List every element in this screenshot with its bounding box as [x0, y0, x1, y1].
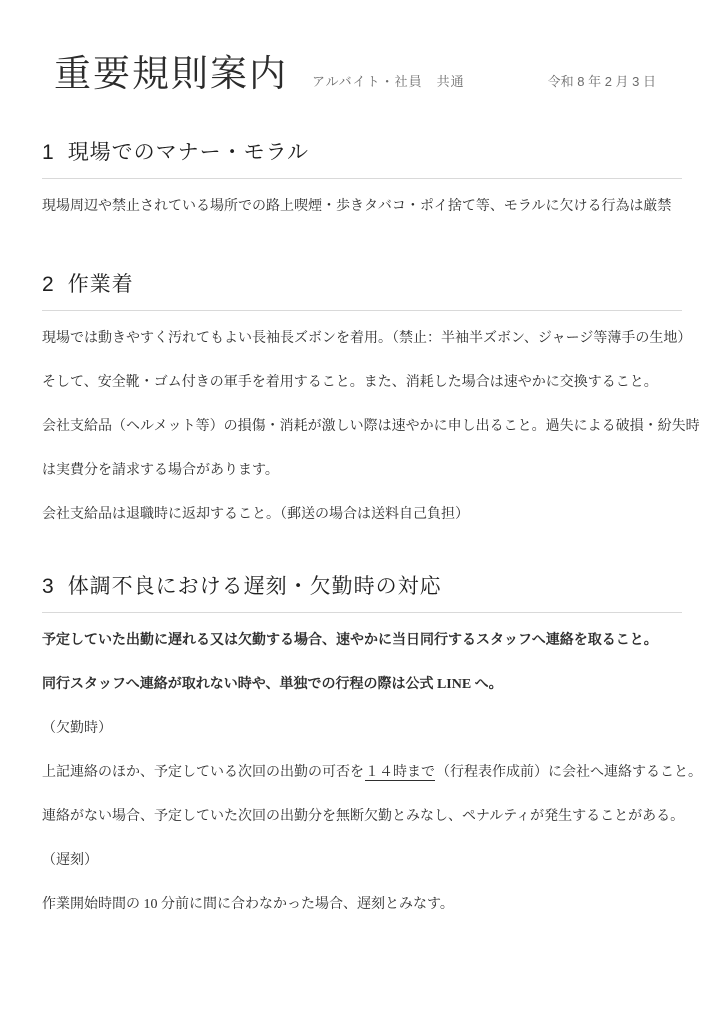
paragraph: そして、安全靴・ゴム付きの軍手を着用すること。また、消耗した場合は速やかに交換す… — [42, 372, 682, 393]
section-heading: 2作業着 — [42, 272, 682, 311]
section-work-clothes: 2作業着 現場では動きやすく汚れてもよい長袖長ズボンを着用。（禁止：半袖半ズボン… — [42, 272, 682, 525]
section-manners-morals: 1現場でのマナー・モラル 現場周辺や禁止されている場所での路上喫煙・歩きタバコ・… — [42, 140, 682, 217]
deadline-underlined-text: １４時まで — [364, 765, 436, 780]
paragraph-text: （行程表作成前）に会社へ連絡すること。 — [436, 765, 702, 780]
paragraph-absence-label: （欠勤時） — [42, 718, 682, 739]
section-title: 作業着 — [68, 273, 134, 296]
paragraph: 連絡がない場合、予定していた次回の出勤分を無断欠勤とみなし、ペナルティが発生する… — [42, 806, 682, 827]
section-number: 1 — [42, 141, 55, 164]
audience-label: アルバイト・社員 共通 — [312, 71, 465, 90]
section-number: 3 — [42, 575, 55, 598]
section-number: 2 — [42, 273, 55, 296]
paragraph: は実費分を請求する場合があります。 — [42, 460, 682, 481]
paragraph: 作業開始時間の 10 分前に間に合わなかった場合、遅刻とみなす。 — [42, 894, 682, 915]
document-date: 令和 8 年 2 月 3 日 — [548, 71, 656, 90]
paragraph: 現場では動きやすく汚れてもよい長袖長ズボンを着用。（禁止：半袖半ズボン、ジャージ… — [42, 328, 682, 349]
paragraph-emphasized: 予定していた出勤に遅れる又は欠勤する場合、速やかに当日同行するスタッフへ連絡を取… — [42, 630, 682, 651]
paragraph: 会社支給品（ヘルメット等）の損傷・消耗が激しい際は速やかに申し出ること。過失によ… — [42, 416, 682, 437]
paragraph: 現場周辺や禁止されている場所での路上喫煙・歩きタバコ・ポイ捨て等、モラルに欠ける… — [42, 196, 682, 217]
section-title: 体調不良における遅刻・欠勤時の対応 — [68, 575, 442, 598]
paragraph-text: 上記連絡のほか、予定している次回の出勤の可否を — [42, 765, 364, 780]
document-header: 重要規則案内 アルバイト・社員 共通 令和 8 年 2 月 3 日 — [42, 52, 682, 96]
section-heading: 1現場でのマナー・モラル — [42, 140, 682, 179]
section-lateness-absence: 3体調不良における遅刻・欠勤時の対応 予定していた出勤に遅れる又は欠勤する場合、… — [42, 574, 682, 915]
paragraph: 会社支給品は退職時に返却すること。（郵送の場合は送料自己負担） — [42, 504, 682, 525]
section-heading: 3体調不良における遅刻・欠勤時の対応 — [42, 574, 682, 613]
document-title: 重要規則案内 — [54, 52, 288, 96]
paragraph-emphasized: 同行スタッフへ連絡が取れない時や、単独での行程の際は公式 LINE へ。 — [42, 674, 682, 695]
section-title: 現場でのマナー・モラル — [68, 141, 309, 164]
paragraph-lateness-label: （遅刻） — [42, 850, 682, 871]
document-page: 重要規則案内 アルバイト・社員 共通 令和 8 年 2 月 3 日 1現場でのマ… — [0, 0, 724, 1024]
paragraph-deadline: 上記連絡のほか、予定している次回の出勤の可否を１４時まで（行程表作成前）に会社へ… — [42, 762, 682, 783]
